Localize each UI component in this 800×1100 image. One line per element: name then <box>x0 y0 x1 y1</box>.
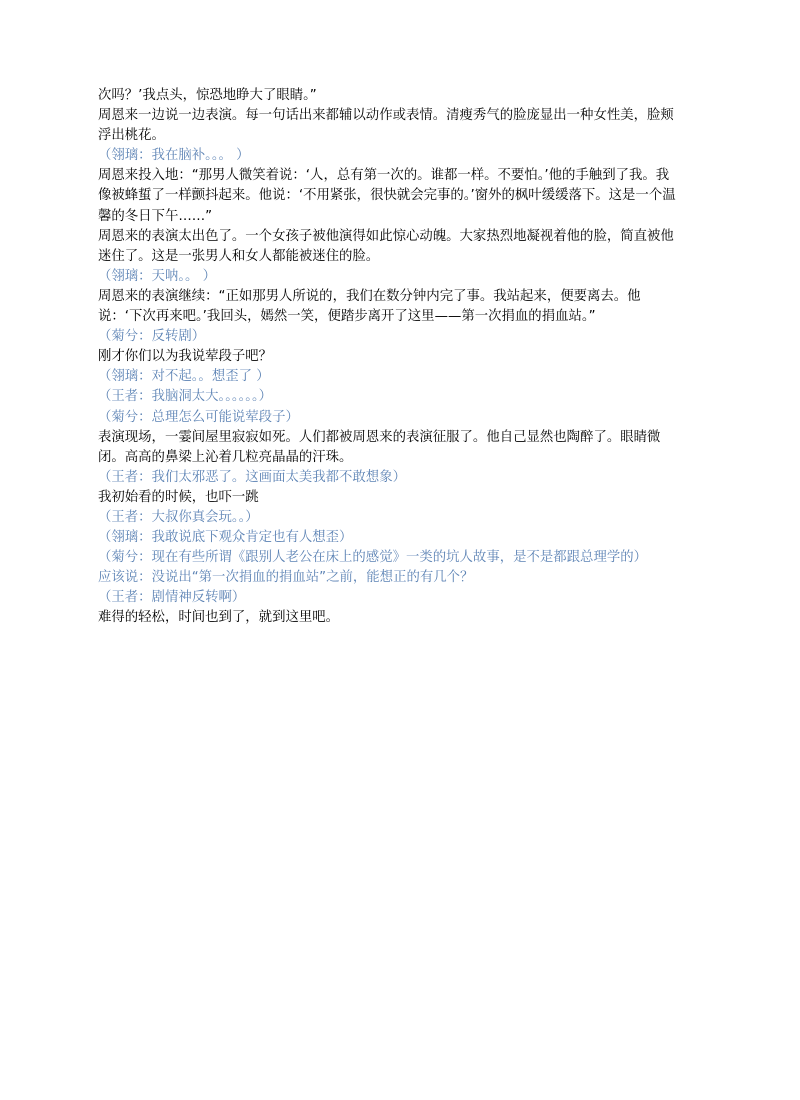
body-paragraph: 刚才你们以为我说荤段子吧？ <box>98 347 680 367</box>
comment-paragraph: （王者：我们太邪恶了。这画面太美我都不敢想象） <box>98 468 680 488</box>
document-page: 次吗？’我点头，惊恐地睁大了眼睛。” 周恩来一边说一边表演。每一句话出来都辅以动… <box>98 86 680 629</box>
body-paragraph: 周恩来一边说一边表演。每一句话出来都辅以动作或表情。清瘦秀气的脸庞显出一种女性美… <box>98 106 680 146</box>
body-paragraph: 周恩来的表演太出色了。一个女孩子被他演得如此惊心动魄。大家热烈地凝视着他的脸，简… <box>98 227 680 267</box>
comment-paragraph: （翎璃：对不起。。想歪了 ） <box>98 367 680 387</box>
comment-paragraph: （翎璃：我敢说底下观众肯定也有人想歪） <box>98 528 680 548</box>
comment-paragraph: （王者：剧情神反转啊） <box>98 588 680 608</box>
comment-paragraph: （菊兮：现在有些所谓《跟别人老公在床上的感觉》一类的坑人故事，是不是都跟总理学的… <box>98 548 680 568</box>
body-paragraph: 周恩来的表演继续：“正如那男人所说的，我们在数分钟内完了事。我站起来，便要离去。… <box>98 287 680 327</box>
comment-paragraph: （王者：我脑洞太大。。。。。。） <box>98 387 680 407</box>
comment-paragraph: （菊兮：反转剧） <box>98 327 680 347</box>
body-paragraph: 表演现场，一霎间屋里寂寂如死。人们都被周恩来的表演征服了。他自己显然也陶醉了。眼… <box>98 428 680 468</box>
body-paragraph: 我初始看的时候，也吓一跳 <box>98 488 680 508</box>
comment-paragraph: （菊兮：总理怎么可能说荤段子） <box>98 408 680 428</box>
comment-paragraph: 应该说：没说出“第一次捐血的捐血站”之前，能想正的有几个？ <box>98 568 680 588</box>
body-paragraph: 次吗？’我点头，惊恐地睁大了眼睛。” <box>98 86 680 106</box>
comment-paragraph: （翎璃：天呐。。 ） <box>98 267 680 287</box>
comment-paragraph: （王者：大叔你真会玩。。） <box>98 508 680 528</box>
body-paragraph: 难得的轻松，时间也到了，就到这里吧。 <box>98 608 680 628</box>
comment-paragraph: （翎璃：我在脑补。。。 ） <box>98 146 680 166</box>
body-paragraph: 周恩来投入地：“那男人微笑着说：‘人，总有第一次的。谁都一样。不要怕。’他的手触… <box>98 166 680 226</box>
